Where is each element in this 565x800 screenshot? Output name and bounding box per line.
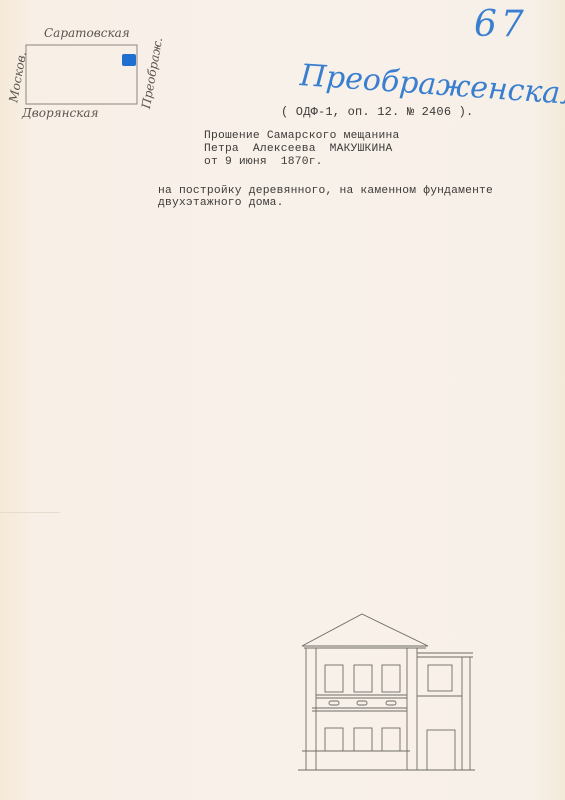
- lower-window: [382, 728, 400, 751]
- archive-document-page: 67 Саратовская Москов. Преображ. Дворянс…: [0, 0, 565, 800]
- upper-window: [354, 665, 372, 692]
- roof-gable: [302, 614, 428, 646]
- lower-window: [354, 728, 372, 751]
- annex-door: [427, 730, 455, 770]
- annex-window: [428, 665, 452, 691]
- house-facade-drawing: [0, 0, 565, 800]
- lower-window: [325, 728, 343, 751]
- upper-window: [382, 665, 400, 692]
- upper-window: [325, 665, 343, 692]
